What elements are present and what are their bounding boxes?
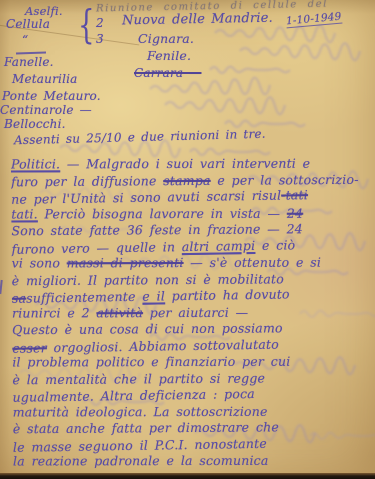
cell-row-label: Cellula xyxy=(6,17,50,31)
page-bottom-edge xyxy=(0,473,375,479)
place-name: Bellocchi. xyxy=(4,117,66,131)
place-name: Cignara. xyxy=(138,31,194,46)
handwriting-line: la reazione padronale e la scomunica xyxy=(13,453,369,470)
place-name: Fenile. xyxy=(147,48,191,63)
place-name-struck: Carrara — xyxy=(134,66,201,80)
handwriting-line: Politici. — Malgrado i suoi vari interve… xyxy=(11,156,367,173)
place-name: Ponte Metauro. xyxy=(2,89,101,103)
cell-row-number: 3 xyxy=(96,32,104,46)
brace-mark: { xyxy=(78,4,95,49)
place-name: Metaurilia xyxy=(12,72,78,86)
ditto-mark: “ xyxy=(22,33,28,47)
handwriting-line: tati. Perciò bisogna lavorare in vista —… xyxy=(11,205,367,222)
handwriting-line: maturità ideologica. La sottoscrizione xyxy=(13,403,369,420)
body-lines: Politici. — Malgrado i suoi vari interve… xyxy=(11,155,369,471)
cell-row-number: 2 xyxy=(96,16,104,30)
place-name: Nuova delle Mandrie. xyxy=(122,11,273,29)
cell-list-heading: Aselfi. xyxy=(25,4,63,18)
handwriting-line: riunirci e 2 attività per aiutarci — xyxy=(12,304,368,321)
place-name: Fanelle. xyxy=(4,55,54,69)
handwriting-line: vi sono massi di presenti — s'è ottenuto… xyxy=(12,255,368,272)
handwriting-line: il problema politico e finanziario per c… xyxy=(12,354,368,371)
place-name: Centinarole — xyxy=(0,103,92,117)
manuscript-page: { "document": { "pencil_title": "Riunion… xyxy=(0,0,375,479)
